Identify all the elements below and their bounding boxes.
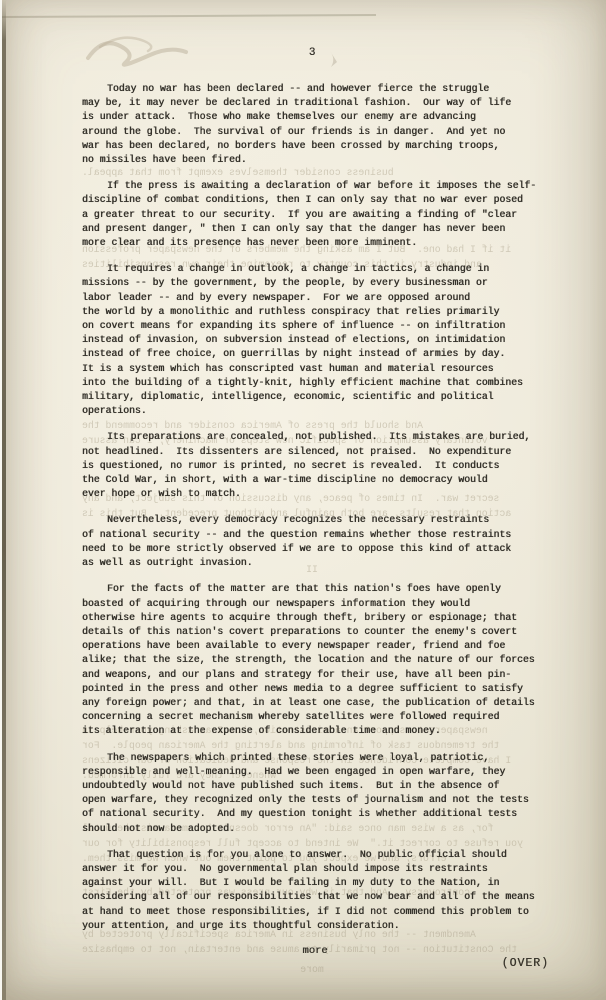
paragraph-6: For the facts of the matter are that thi… (82, 582, 548, 738)
paragraph-8: That question is for you alone to answer… (82, 848, 548, 933)
document-body: Today no war has been declared -- and ho… (82, 82, 548, 957)
ghost-text-line: more (82, 963, 542, 976)
pencil-smudge (80, 16, 200, 76)
paragraph-3: It requires a change in outlook, a chang… (82, 262, 548, 418)
paragraph-5: Nevertheless, every democracy recognizes… (82, 513, 548, 570)
continuation-marker: more (82, 945, 548, 957)
scanned-document-page: business consider themselves exempt from… (0, 0, 606, 1000)
page-number: 3 (82, 47, 542, 59)
page-edge-shadow (2, 0, 6, 1000)
paper-sheet: business consider themselves exempt from… (2, 0, 606, 1000)
paragraph-1: Today no war has been declared -- and ho… (82, 82, 548, 167)
paragraph-4: Its preparations are concealed, not publ… (82, 430, 548, 501)
paragraph-2: If the press is awaiting a declaration o… (82, 179, 548, 250)
paragraph-7: The newspapers which printed these stori… (82, 751, 548, 836)
over-marker: (OVER) (502, 957, 549, 970)
